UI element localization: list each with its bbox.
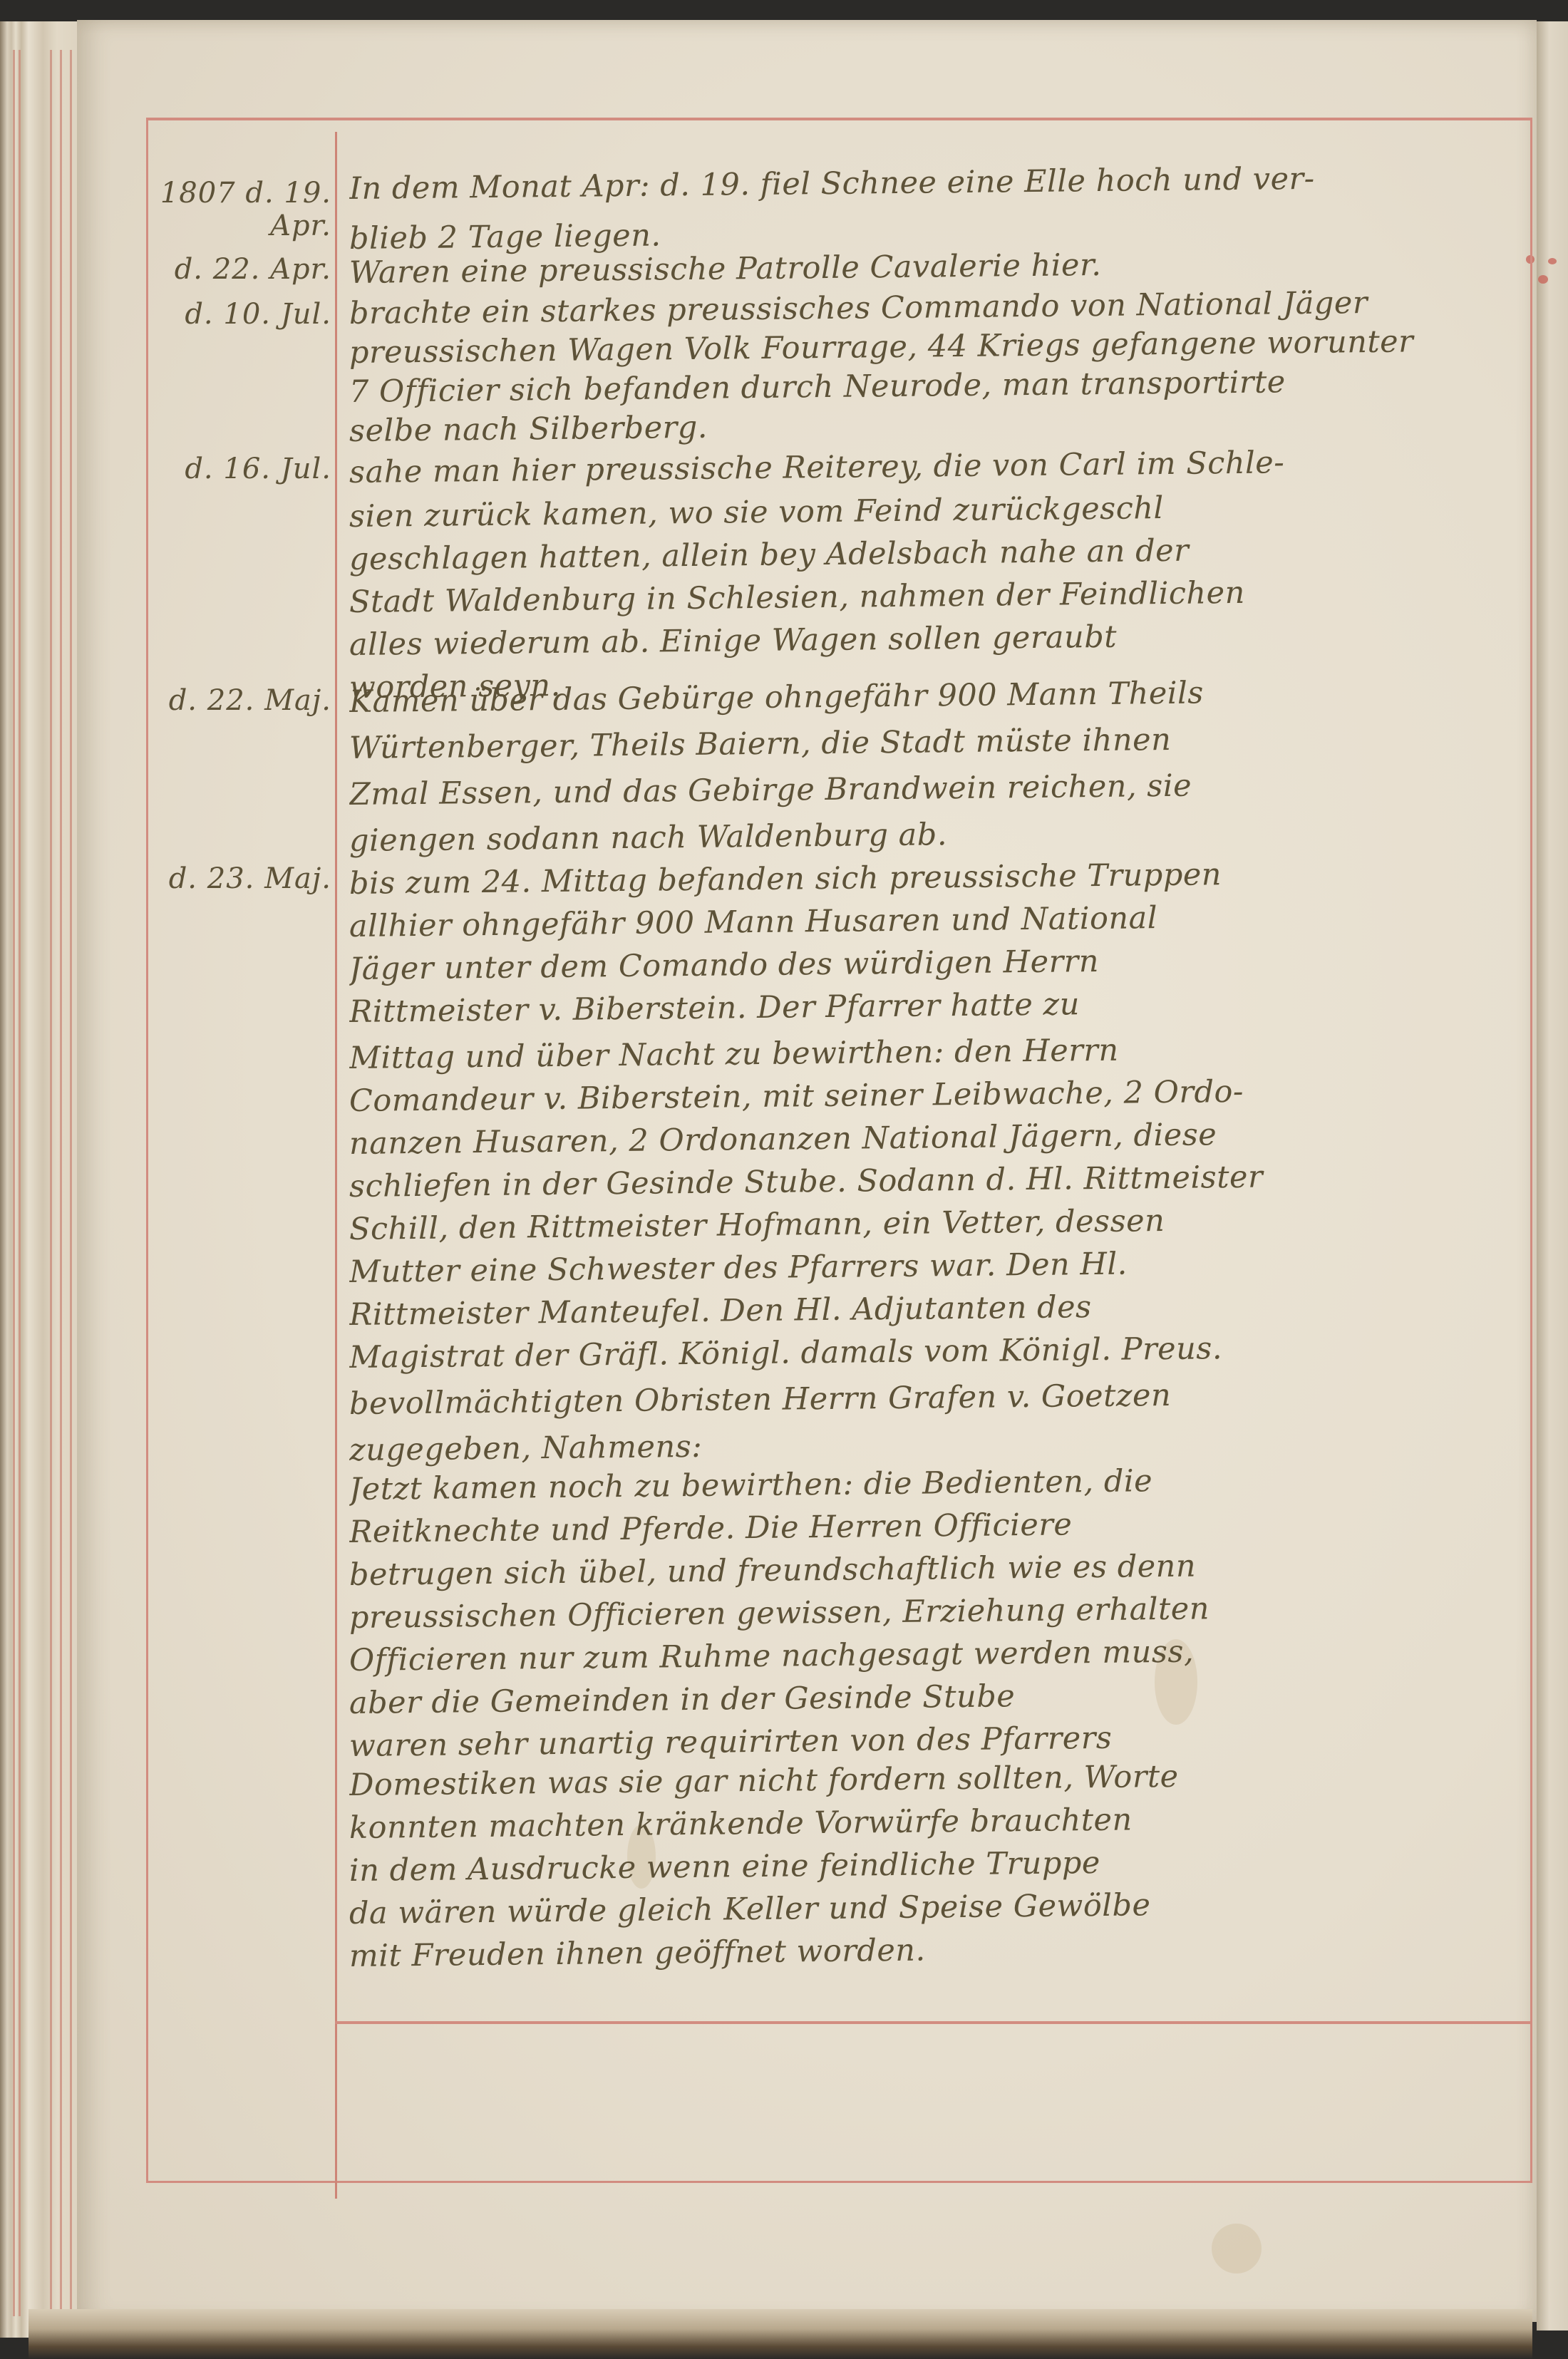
margin-date: d. 10. Jul. [157,298,331,331]
page-edge-rule [50,50,52,2316]
margin-date: d. 23. Maj. [157,862,331,895]
section-end-rule [335,2021,1532,2024]
margin-date: d. 16. Jul. [157,453,331,485]
page-edge-rule [13,50,15,2316]
ink-blot [1538,275,1548,284]
page-edge-rule [70,50,72,2316]
margin-rule [335,132,337,2199]
margin-date: d. 22. Maj. [157,684,331,717]
facing-page-edge [1537,21,1568,2330]
ink-blot [1548,258,1557,264]
book-page-edges [0,21,80,2338]
paper-stain [1212,2224,1262,2273]
book-bottom-edge [29,2309,1532,2359]
margin-date: d. 22. Apr. [157,253,331,286]
page-edge-rule [60,50,62,2316]
page-edge-rule [19,50,21,2316]
margin-date: 1807 d. 19. Apr. [157,177,331,242]
